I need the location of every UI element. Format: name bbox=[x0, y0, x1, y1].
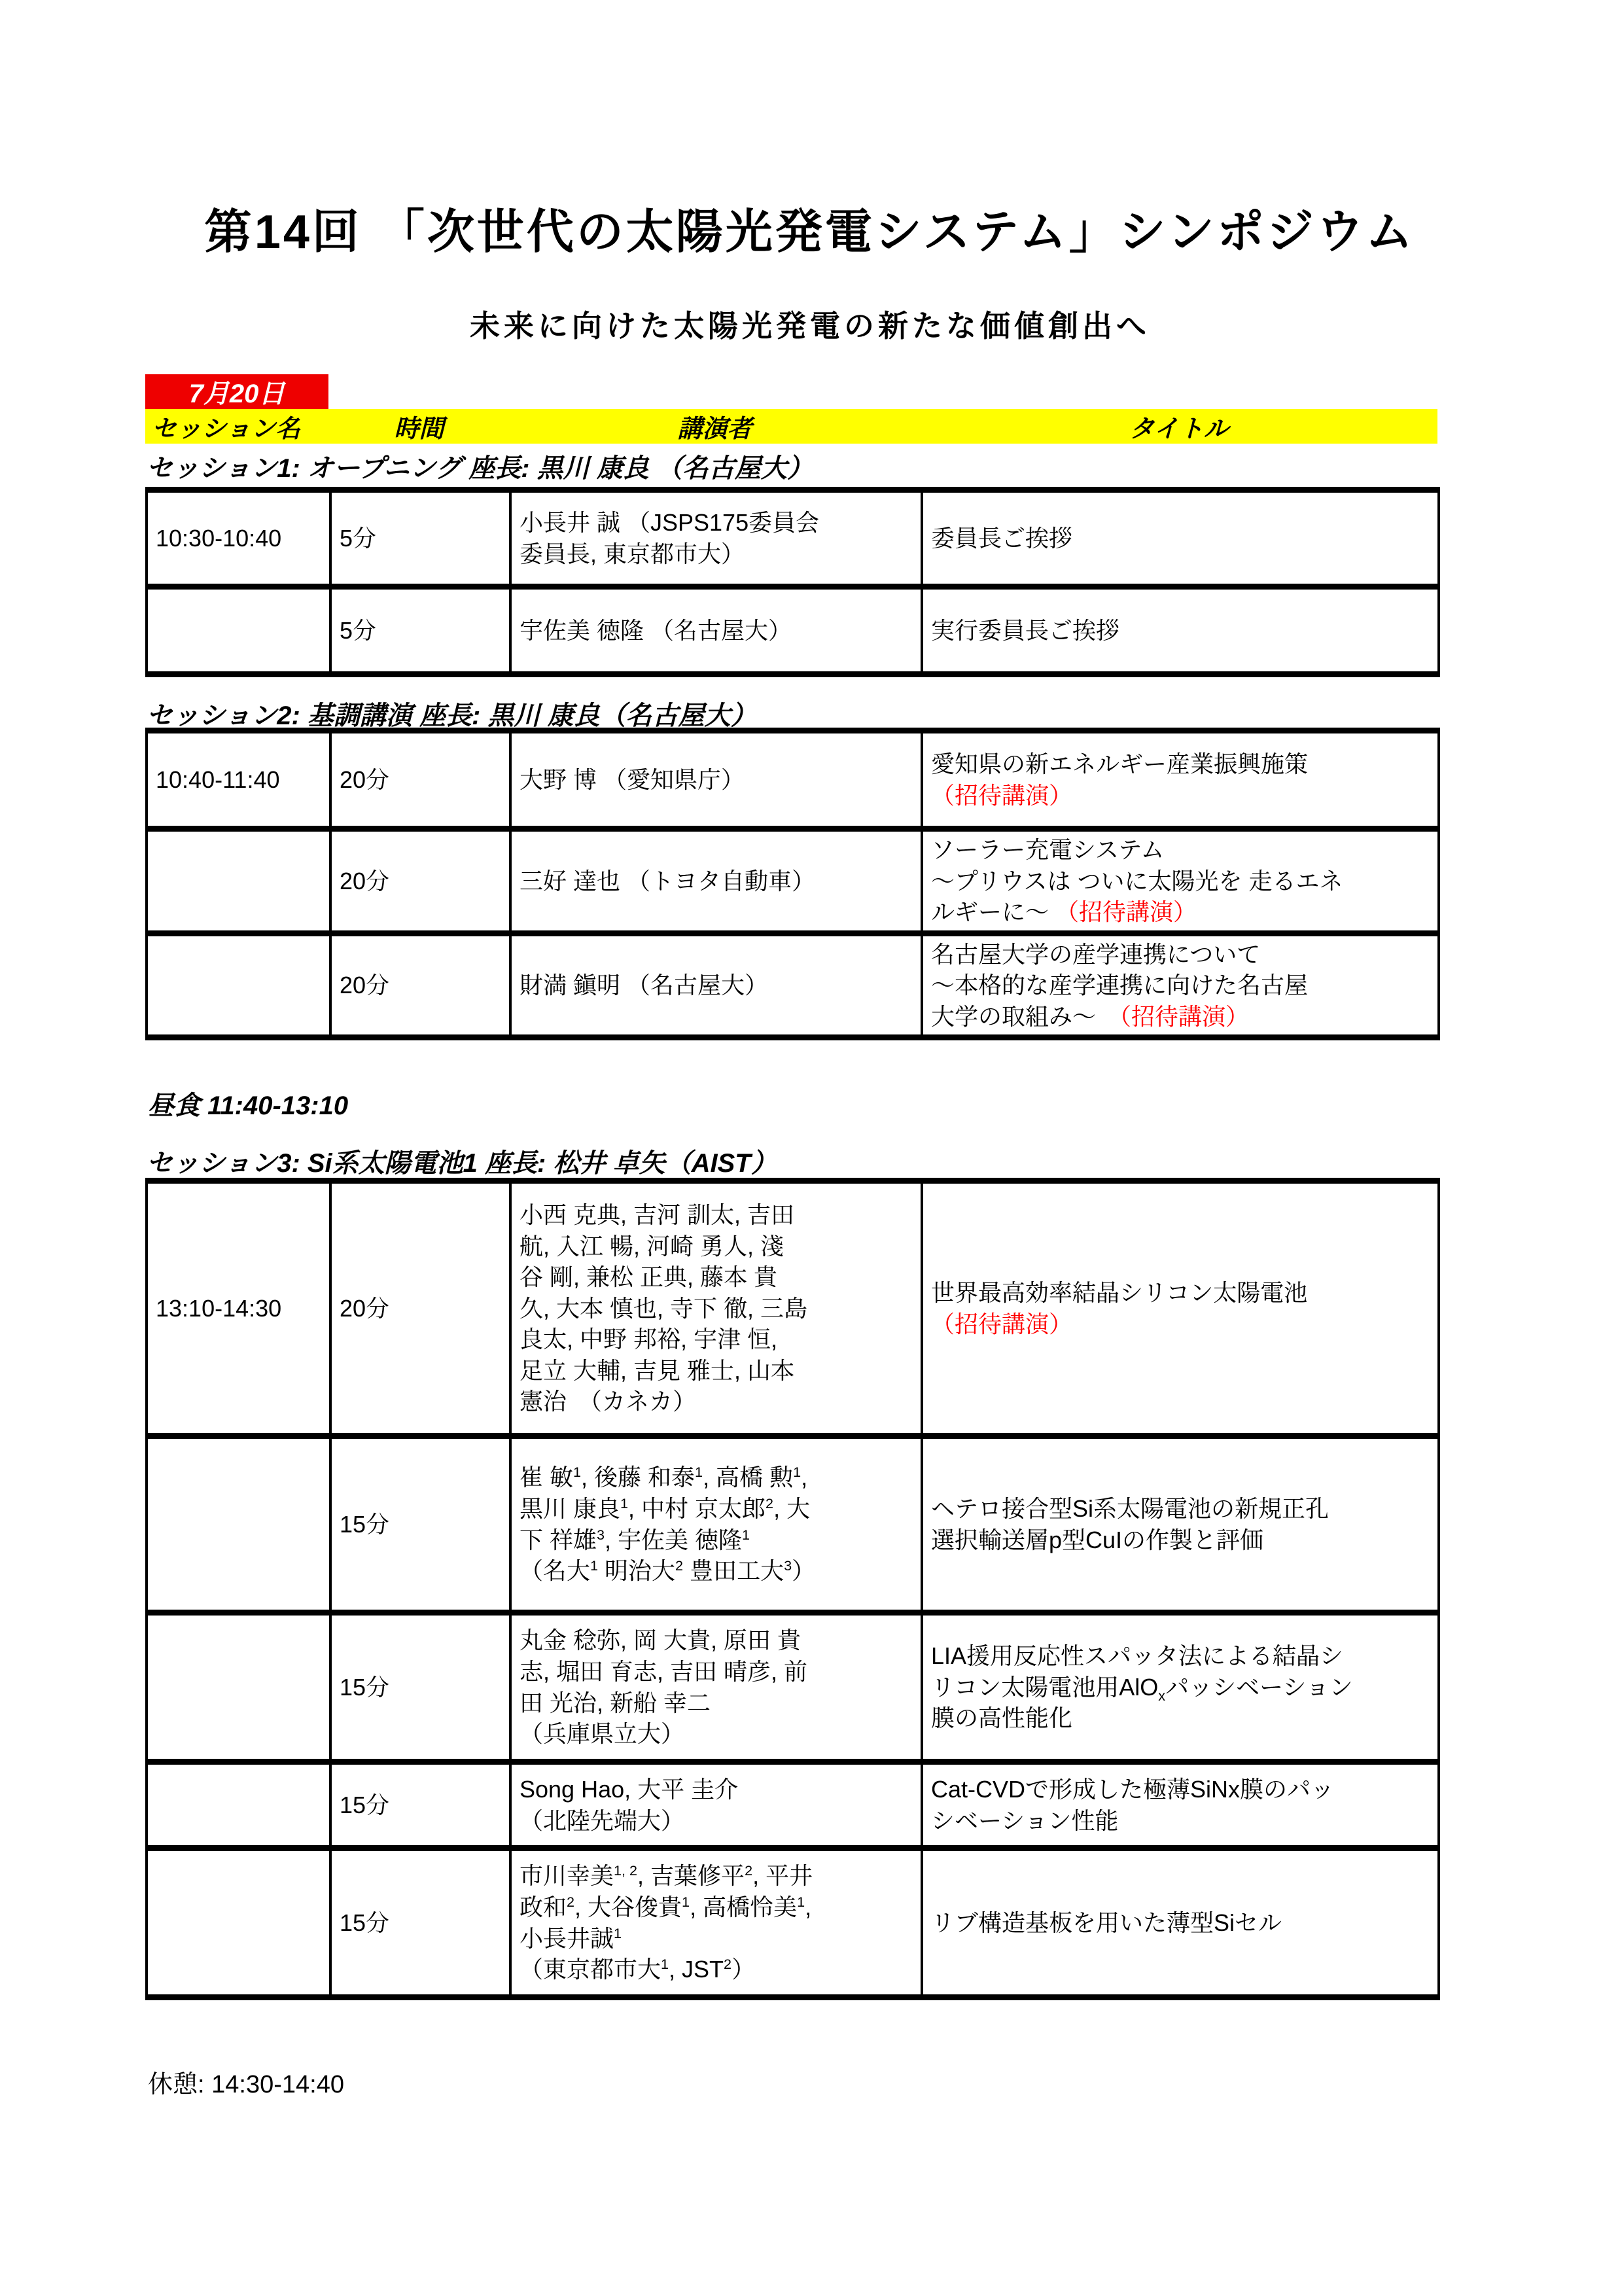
table-row: 5分 宇佐美 徳隆 （名古屋大） 実行委員長ご挨拶 bbox=[147, 587, 1439, 675]
title-cell: ソーラー充電システム～プリウスは ついに太陽光を 走るエネルギーに～ （招待講演… bbox=[922, 829, 1439, 934]
duration-cell: 15分 bbox=[330, 1436, 510, 1613]
time-range-cell: 10:40-11:40 bbox=[147, 731, 330, 829]
speaker-cell: 崔 敏1, 後藤 和泰1, 高橋 勲1,黒川 康良1, 中村 京太郎2, 大下 … bbox=[510, 1436, 922, 1613]
title-cell: 委員長ご挨拶 bbox=[922, 490, 1439, 587]
duration-cell: 15分 bbox=[330, 1762, 510, 1848]
session-1-heading: セッション1: オープニング 座長: 黒川 康良 （名古屋大） bbox=[147, 448, 813, 485]
title-cell: リブ構造基板を用いた薄型Siセル bbox=[922, 1848, 1439, 1998]
duration-cell: 20分 bbox=[330, 1181, 510, 1436]
table-row: 10:40-11:40 20分 大野 博 （愛知県庁） 愛知県の新エネルギー産業… bbox=[147, 731, 1439, 829]
duration-cell: 15分 bbox=[330, 1848, 510, 1998]
duration-cell: 5分 bbox=[330, 490, 510, 587]
title-cell: 名古屋大学の産学連携について～本格的な産学連携に向けた名古屋大学の取組み～ （招… bbox=[922, 933, 1439, 1038]
title-cell: 世界最高効率結晶シリコン太陽電池（招待講演） bbox=[922, 1181, 1439, 1436]
time-range-cell: 13:10-14:30 bbox=[147, 1181, 330, 1436]
column-header-row: セッション名 時間 講演者 タイトル bbox=[145, 409, 1437, 444]
column-header-time: 時間 bbox=[329, 408, 509, 444]
time-range-cell bbox=[147, 587, 330, 675]
page-subtitle: 未来に向けた太陽光発電の新たな価値創出へ bbox=[0, 302, 1620, 345]
page-title: 第14回 「次世代の太陽光発電システム」シンポジウム bbox=[0, 194, 1620, 262]
title-cell: LIA援用反応性スパッタ法による結晶シリコン太陽電池用AlOxパッシベーション膜… bbox=[922, 1613, 1439, 1762]
table-row: 20分 財満 鎭明 （名古屋大） 名古屋大学の産学連携について～本格的な産学連携… bbox=[147, 933, 1439, 1038]
speaker-cell: 小西 克典, 吉河 訓太, 吉田航, 入江 暢, 河崎 勇人, 淺谷 剛, 兼松… bbox=[510, 1181, 922, 1436]
speaker-cell: Song Hao, 大平 圭介（北陸先端大） bbox=[510, 1762, 922, 1848]
duration-cell: 20分 bbox=[330, 933, 510, 1038]
time-range-cell bbox=[147, 933, 330, 1038]
session-2-table: 10:40-11:40 20分 大野 博 （愛知県庁） 愛知県の新エネルギー産業… bbox=[145, 728, 1440, 1040]
session-1-table: 10:30-10:40 5分 小長井 誠 （JSPS175委員会委員長, 東京都… bbox=[145, 487, 1440, 677]
time-range-cell bbox=[147, 1613, 330, 1762]
session-3-heading: セッション3: Si系太陽電池1 座長: 松井 卓矢（AIST） bbox=[147, 1142, 777, 1180]
time-range-cell bbox=[147, 1762, 330, 1848]
duration-cell: 15分 bbox=[330, 1613, 510, 1762]
title-cell: 実行委員長ご挨拶 bbox=[922, 587, 1439, 675]
column-header-session-name: セッション名 bbox=[145, 408, 329, 444]
title-cell: Cat-CVDで形成した極薄SiNx膜のパッシベーション性能 bbox=[922, 1762, 1439, 1848]
duration-cell: 20分 bbox=[330, 731, 510, 829]
table-row: 15分 Song Hao, 大平 圭介（北陸先端大） Cat-CVDで形成した極… bbox=[147, 1762, 1439, 1848]
speaker-cell: 丸金 稔弥, 岡 大貴, 原田 貴志, 堀田 育志, 吉田 晴彦, 前田 光治,… bbox=[510, 1613, 922, 1762]
title-cell: 愛知県の新エネルギー産業振興施策（招待講演） bbox=[922, 731, 1439, 829]
time-range-cell bbox=[147, 829, 330, 934]
speaker-cell: 小長井 誠 （JSPS175委員会委員長, 東京都市大） bbox=[510, 490, 922, 587]
lunch-break-line: 昼食 11:40-13:10 bbox=[148, 1085, 348, 1122]
table-row: 15分 丸金 稔弥, 岡 大貴, 原田 貴志, 堀田 育志, 吉田 晴彦, 前田… bbox=[147, 1613, 1439, 1762]
time-range-cell bbox=[147, 1436, 330, 1613]
table-row: 20分 三好 達也 （トヨタ自動車） ソーラー充電システム～プリウスは ついに太… bbox=[147, 829, 1439, 934]
session-3-table: 13:10-14:30 20分 小西 克典, 吉河 訓太, 吉田航, 入江 暢,… bbox=[145, 1178, 1440, 2000]
speaker-cell: 市川幸美1, 2, 吉葉修平2, 平井政和2, 大谷俊貴1, 高橋怜美1,小長井… bbox=[510, 1848, 922, 1998]
time-range-cell: 10:30-10:40 bbox=[147, 490, 330, 587]
table-row: 13:10-14:30 20分 小西 克典, 吉河 訓太, 吉田航, 入江 暢,… bbox=[147, 1181, 1439, 1436]
title-cell: ヘテロ接合型Si系太陽電池の新規正孔選択輸送層p型CuIの作製と評価 bbox=[922, 1436, 1439, 1613]
date-badge: 7月20日 bbox=[145, 374, 328, 409]
speaker-cell: 財満 鎭明 （名古屋大） bbox=[510, 933, 922, 1038]
time-range-cell bbox=[147, 1848, 330, 1998]
duration-cell: 5分 bbox=[330, 587, 510, 675]
session-2-heading: セッション2: 基調講演 座長: 黒川 康良（名古屋大） bbox=[147, 695, 757, 732]
speaker-cell: 三好 達也 （トヨタ自動車） bbox=[510, 829, 922, 934]
rest-break-line: 休憩: 14:30-14:40 bbox=[148, 2064, 344, 2100]
speaker-cell: 宇佐美 徳隆 （名古屋大） bbox=[510, 587, 922, 675]
column-header-speaker: 講演者 bbox=[509, 408, 921, 444]
table-row: 10:30-10:40 5分 小長井 誠 （JSPS175委員会委員長, 東京都… bbox=[147, 490, 1439, 587]
speaker-cell: 大野 博 （愛知県庁） bbox=[510, 731, 922, 829]
duration-cell: 20分 bbox=[330, 829, 510, 934]
column-header-title: タイトル bbox=[921, 408, 1437, 444]
table-row: 15分 崔 敏1, 後藤 和泰1, 高橋 勲1,黒川 康良1, 中村 京太郎2,… bbox=[147, 1436, 1439, 1613]
table-row: 15分 市川幸美1, 2, 吉葉修平2, 平井政和2, 大谷俊貴1, 高橋怜美1… bbox=[147, 1848, 1439, 1998]
